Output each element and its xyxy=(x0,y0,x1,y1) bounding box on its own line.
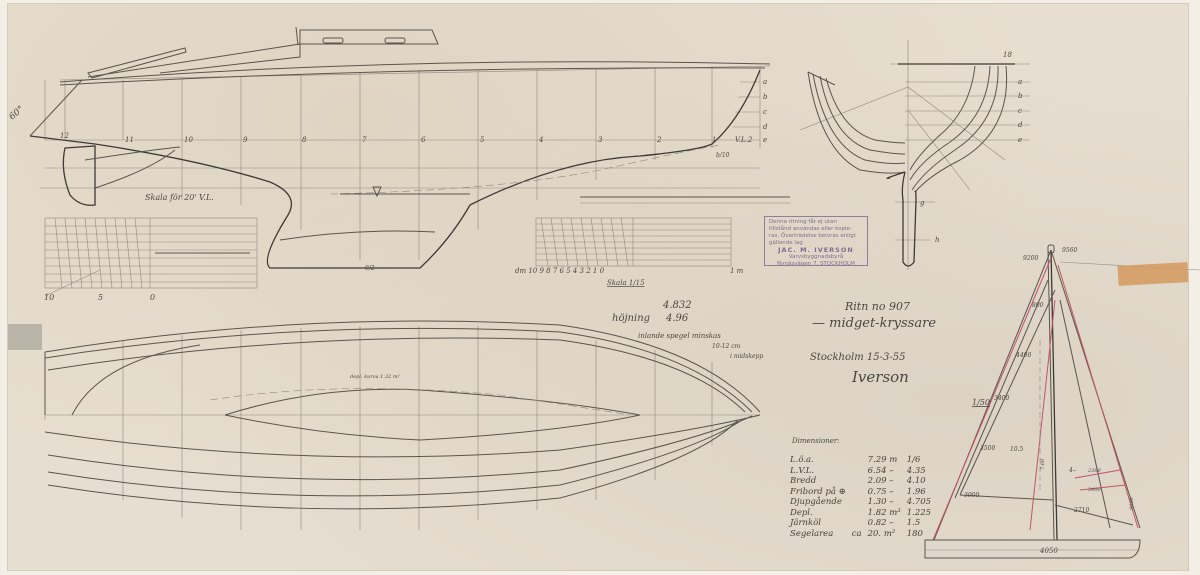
svg-text:2710: 2710 xyxy=(1073,507,1089,514)
svg-text:9000: 9000 xyxy=(1129,496,1135,510)
line-drawing: 60° 12 11 10 9 8 7 6 5 4 3 2 1 V.L.2 a b… xyxy=(0,0,1200,575)
svg-text:9560: 9560 xyxy=(1062,247,1077,254)
dim-value: 20. m² xyxy=(868,529,907,540)
signature: Iverson xyxy=(852,368,909,386)
stamp-line: Denna ritning får ej utan xyxy=(769,219,863,226)
table-row: Järnköl0.82 –1.5 xyxy=(790,518,937,529)
svg-text:b: b xyxy=(1018,92,1023,100)
dim-value: 7.29 m xyxy=(868,455,907,466)
dim-value: 6.54 – xyxy=(868,466,907,477)
plan-view xyxy=(45,321,760,530)
dim-value: 0.82 – xyxy=(868,518,907,529)
dim-value: 2.09 – xyxy=(868,476,907,487)
table-row: Djupgående1.30 –4.705 xyxy=(790,497,937,508)
svg-text:Skala 1/15: Skala 1/15 xyxy=(607,279,645,287)
svg-text:1: 1 xyxy=(712,136,716,144)
table-row: Depl.1.82 m³1.225 xyxy=(790,508,937,519)
svg-text:5: 5 xyxy=(480,136,485,144)
svg-text:9/2: 9/2 xyxy=(365,265,375,272)
svg-text:18: 18 xyxy=(1003,51,1012,59)
dim-label: Järnköl xyxy=(790,518,852,529)
svg-text:10: 10 xyxy=(184,136,193,144)
dim-value: 1.30 – xyxy=(868,497,907,508)
svg-text:a: a xyxy=(763,78,767,86)
drawing-number: Ritn no 907 xyxy=(845,300,910,313)
table-row: Bredd2.09 –4.10 xyxy=(790,476,937,487)
dim-ratio: 1.5 xyxy=(907,518,937,529)
svg-text:c: c xyxy=(1018,107,1022,115)
svg-text:e: e xyxy=(763,136,767,144)
svg-text:1 m: 1 m xyxy=(730,267,744,275)
svg-text:9200: 9200 xyxy=(1023,255,1038,262)
note-value: 4.832 xyxy=(663,300,692,311)
stamp-line: tillstånd användas eller kopie- xyxy=(769,226,863,233)
svg-text:3500: 3500 xyxy=(980,445,995,452)
svg-text:c: c xyxy=(763,108,767,116)
svg-text:b: b xyxy=(763,93,768,101)
svg-text:4–: 4– xyxy=(1068,467,1076,474)
svg-text:60°: 60° xyxy=(8,104,27,122)
note-value: 4.96 xyxy=(666,313,688,324)
svg-text:0: 0 xyxy=(150,293,155,302)
dim-label: Djupgående xyxy=(790,497,852,508)
svg-text:3400: 3400 xyxy=(994,395,1009,402)
svg-text:10: 10 xyxy=(44,293,54,302)
blueprint-sheet: 60° 12 11 10 9 8 7 6 5 4 3 2 1 V.L.2 a b… xyxy=(0,0,1200,575)
stamp-name: JAC. M. IVERSON xyxy=(769,247,863,254)
svg-text:depl. kurva 1.32 m³: depl. kurva 1.32 m³ xyxy=(350,374,400,380)
dim-ratio: 1.96 xyxy=(907,487,937,498)
dim-ratio: 4.10 xyxy=(907,476,937,487)
svg-text:d: d xyxy=(1018,121,1023,129)
place-date: Stockholm 15-3-55 xyxy=(810,352,905,363)
svg-text:g: g xyxy=(920,199,925,207)
dim-value: 1.82 m³ xyxy=(868,508,907,519)
svg-text:12: 12 xyxy=(60,132,69,140)
svg-text:d: d xyxy=(763,123,768,131)
svg-text:5: 5 xyxy=(98,293,103,302)
tape-fragment-right xyxy=(1118,262,1189,286)
svg-text:h: h xyxy=(935,236,940,244)
note-text: inlande spegel minskas xyxy=(638,332,721,340)
table-row: L.ö.a.7.29 m1/6 xyxy=(790,455,937,466)
note-text: i midskepp xyxy=(730,353,763,360)
svg-text:a: a xyxy=(1018,78,1022,86)
dim-ratio: 180 xyxy=(907,529,937,540)
dim-ratio: 1.225 xyxy=(907,508,937,519)
note-text: 10-12 cm xyxy=(712,343,740,350)
svg-text:7.60: 7.60 xyxy=(1040,458,1046,470)
svg-text:e: e xyxy=(1018,136,1022,144)
dim-ratio: 1/6 xyxy=(907,455,937,466)
svg-text:11: 11 xyxy=(125,136,134,144)
dim-ratio: 4.35 xyxy=(907,466,937,477)
table-row: Segelareaca20. m²180 xyxy=(790,529,937,540)
svg-text:b/10: b/10 xyxy=(716,152,730,159)
stamp-line: ras. Överträdelse beivras enligt xyxy=(769,233,863,240)
dim-label: Segelarea xyxy=(790,529,852,540)
svg-text:Skala för 20' V.L.: Skala för 20' V.L. xyxy=(145,193,214,202)
svg-text:9: 9 xyxy=(243,136,248,144)
svg-text:4050: 4050 xyxy=(1039,547,1058,555)
svg-text:3400: 3400 xyxy=(1088,487,1102,493)
svg-text:7: 7 xyxy=(362,136,367,144)
drawing-subtitle: — midget-kryssare xyxy=(812,316,936,331)
svg-text:dm 10 9 8 7 6 5 4 3 2 1 0: dm 10 9 8 7 6 5 4 3 2 1 0 xyxy=(515,267,605,275)
svg-text:V.L.2: V.L.2 xyxy=(735,136,753,144)
stamp-line: Varvsbyggnadsbyrå xyxy=(769,254,863,261)
sail-plan-view xyxy=(925,245,1200,558)
dimensions-table: L.ö.a.7.29 m1/6 L.V.L.6.54 –4.35 Bredd2.… xyxy=(790,455,937,539)
svg-text:6: 6 xyxy=(421,136,426,144)
profile-view xyxy=(30,27,790,296)
stamp-line: Nynäsvägen 7, STOCKHOLM xyxy=(769,261,863,268)
table-row: L.V.L.6.54 –4.35 xyxy=(790,466,937,477)
svg-text:800: 800 xyxy=(1032,302,1044,309)
dim-label: L.ö.a. xyxy=(790,455,852,466)
svg-text:3: 3 xyxy=(598,136,603,144)
svg-text:4: 4 xyxy=(538,136,543,144)
dim-value: 0.75 – xyxy=(868,487,907,498)
svg-text:8: 8 xyxy=(302,136,307,144)
dim-prefix: ca xyxy=(852,529,868,540)
table-row: Fribord på ⊕0.75 –1.96 xyxy=(790,487,937,498)
note-label: höjning xyxy=(612,313,650,324)
svg-text:2: 2 xyxy=(656,136,662,144)
copyright-stamp: Denna ritning får ej utan tillstånd anvä… xyxy=(764,216,868,266)
dim-label: L.V.L. xyxy=(790,466,852,477)
svg-text:3000: 3000 xyxy=(964,492,979,499)
dim-label: Fribord på ⊕ xyxy=(790,487,852,498)
svg-text:10.5: 10.5 xyxy=(1010,446,1024,453)
dim-ratio: 4.705 xyxy=(907,497,937,508)
svg-text:1/50: 1/50 xyxy=(972,398,990,407)
drawing-annotations: 60° 12 11 10 9 8 7 6 5 4 3 2 1 V.L.2 a b… xyxy=(8,51,1135,555)
svg-text:4400: 4400 xyxy=(1015,352,1031,359)
dim-label: Bredd xyxy=(790,476,852,487)
dim-label: Depl. xyxy=(790,508,852,519)
svg-text:2300: 2300 xyxy=(1087,468,1102,474)
dimensions-header: Dimensioner: xyxy=(792,437,840,445)
